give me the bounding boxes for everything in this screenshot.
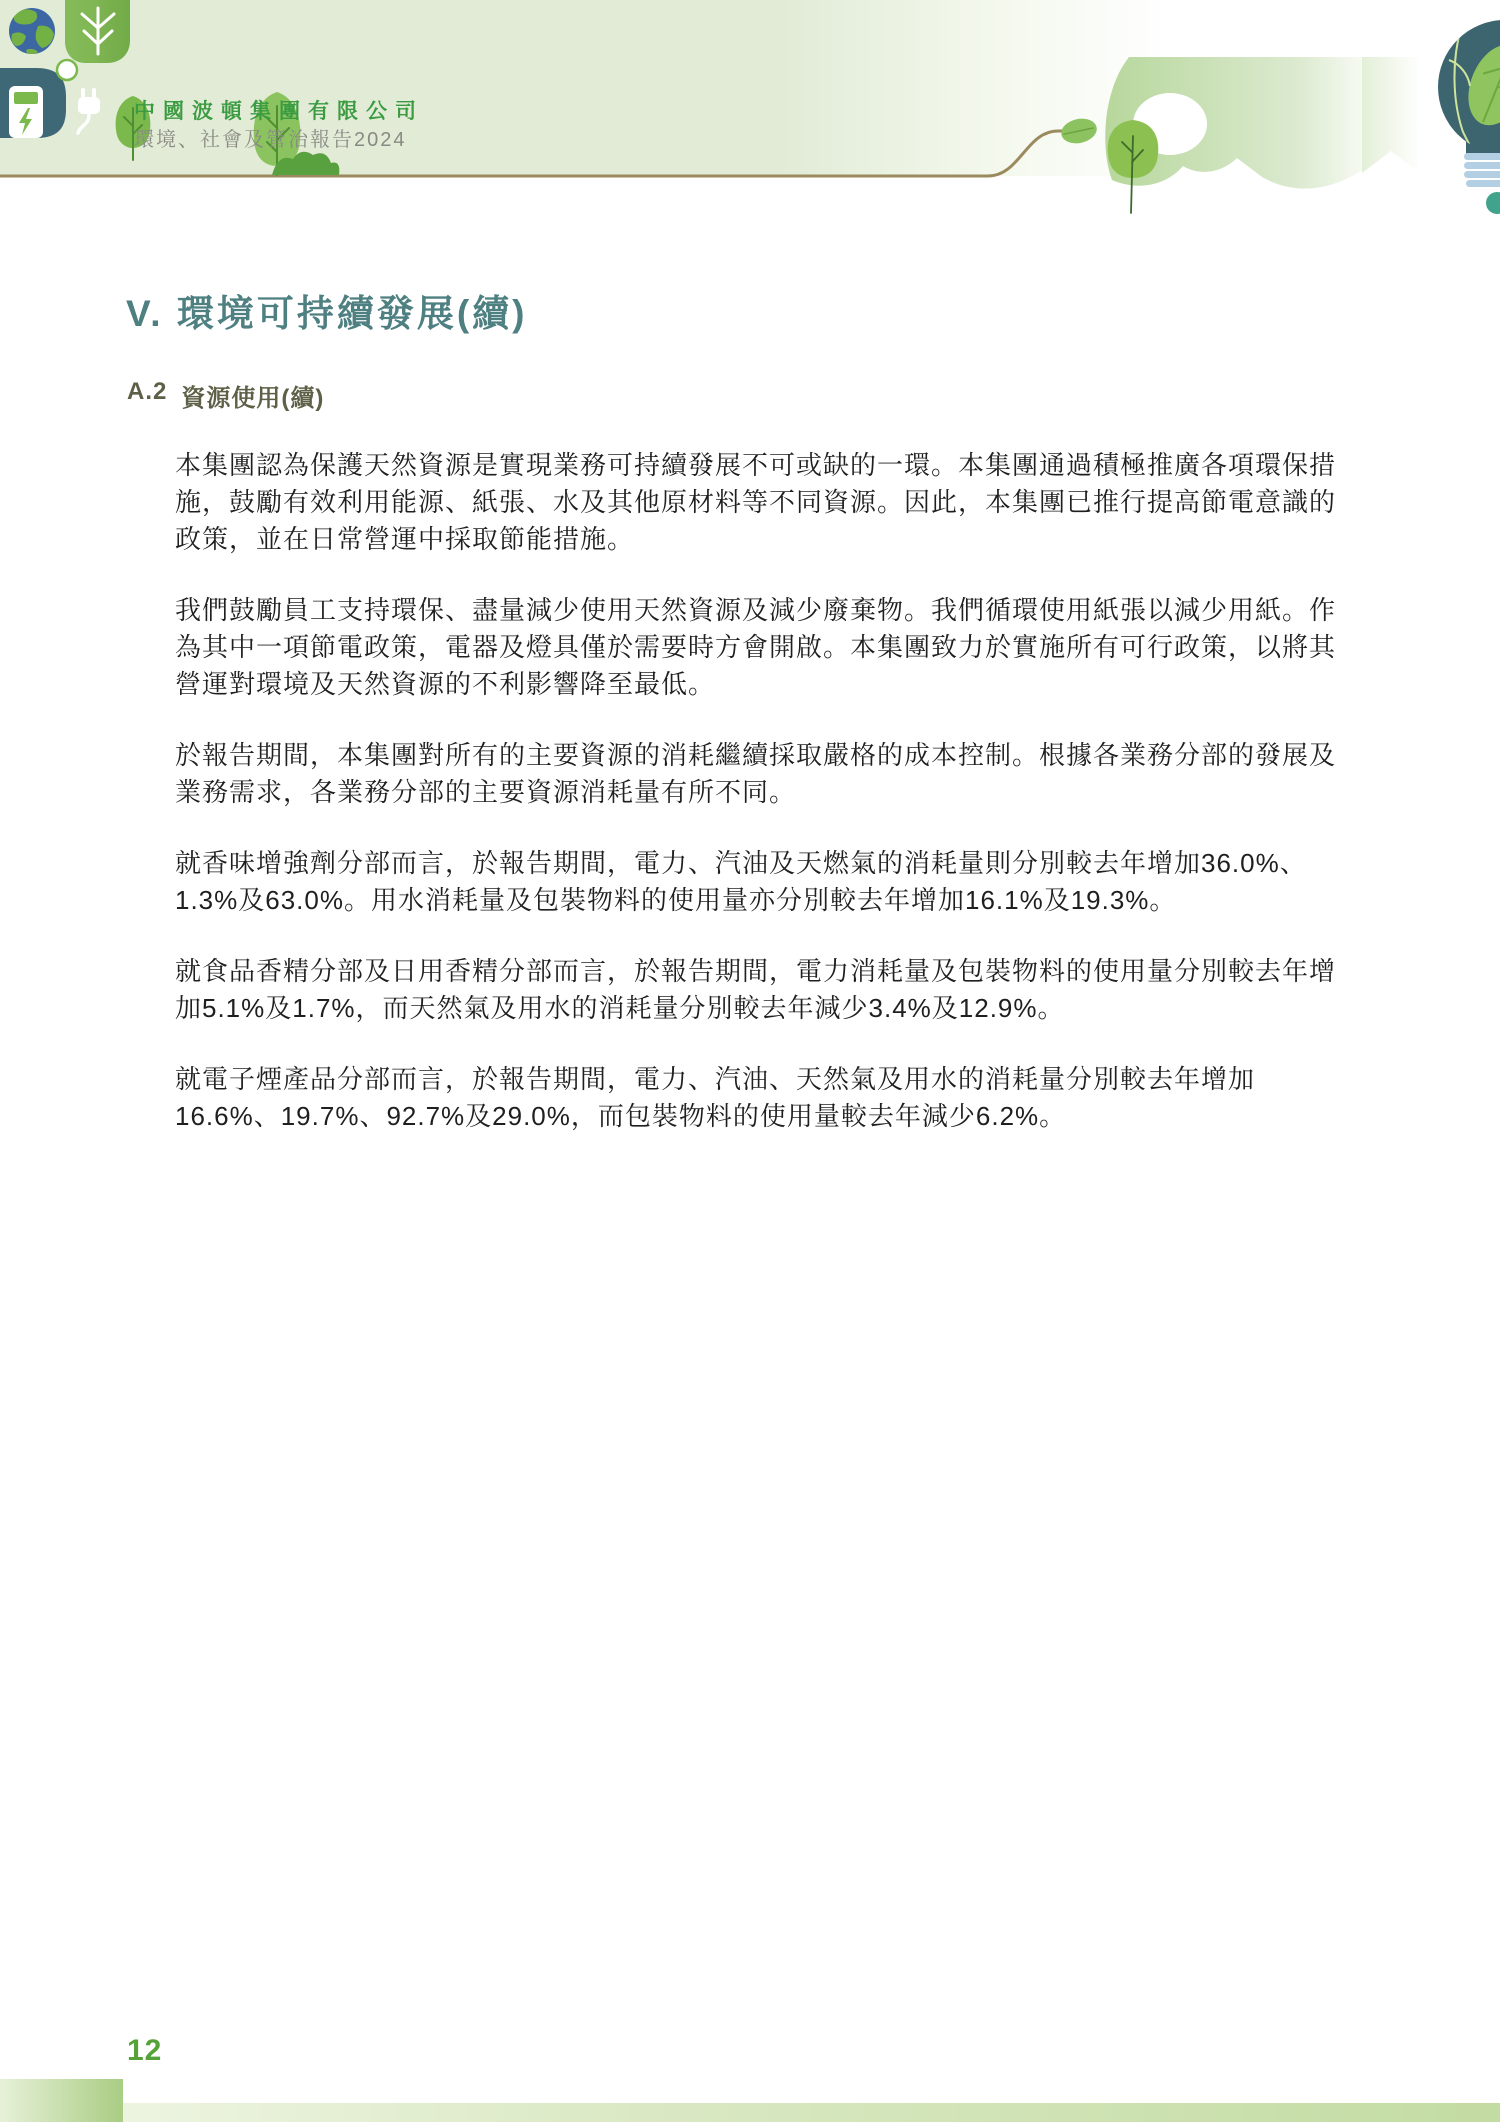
footer-accent-block (0, 2079, 123, 2122)
leaf-tree-icon (65, 0, 130, 63)
section-title: V. 環境可持續發展(續) (126, 283, 527, 337)
ev-charger-icon (0, 68, 66, 138)
paragraph: 於報告期間，本集團對所有的主要資源的消耗繼續採取嚴格的成本控制。根據各業務分部的… (175, 737, 1345, 811)
footer-strip (0, 2103, 1500, 2122)
connector-dot (57, 60, 77, 80)
subsection-title: 資源使用(續) (181, 378, 324, 413)
paragraph: 我們鼓勵員工支持環保、盡量減少使用天然資源及減少廢棄物。我們循環使用紙張以減少用… (175, 592, 1345, 703)
header-identity: 中國波頓集團有限公司 環境、社會及管治報告2024 (134, 100, 424, 153)
paragraph: 本集團認為保護天然資源是實現業務可持續發展不可或缺的一環。本集團通過積極推廣各項… (175, 447, 1345, 558)
paragraph: 就香味增強劑分部而言，於報告期間，電力、汽油及天燃氣的消耗量則分別較去年增加36… (175, 845, 1345, 919)
paragraph: 就食品香精分部及日用香精分部而言，於報告期間，電力消耗量及包裝物料的使用量分別較… (175, 953, 1345, 1027)
company-name: 中國波頓集團有限公司 (134, 100, 424, 124)
subsection-number: A.2 (127, 378, 167, 413)
paragraph: 就電子煙產品分部而言，於報告期間，電力、汽油、天然氣及用水的消耗量分別較去年增加… (175, 1061, 1345, 1135)
leaf-icon (1059, 116, 1099, 147)
subsection-heading: A.2 資源使用(續) (127, 378, 324, 413)
earth-icon (9, 8, 55, 56)
page-number: 12 (127, 2034, 162, 2068)
hand-holding-plant-icon (1105, 57, 1420, 213)
report-title: 環境、社會及管治報告2024 (134, 127, 424, 153)
body-text: 本集團認為保護天然資源是實現業務可持續發展不可或缺的一環。本集團通過積極推廣各項… (175, 447, 1345, 1169)
report-page: 中國波頓集團有限公司 環境、社會及管治報告2024 V. 環境可持續發展(續) … (0, 0, 1500, 2122)
plug-icon (78, 88, 100, 133)
lightbulb-icon (1438, 20, 1500, 214)
